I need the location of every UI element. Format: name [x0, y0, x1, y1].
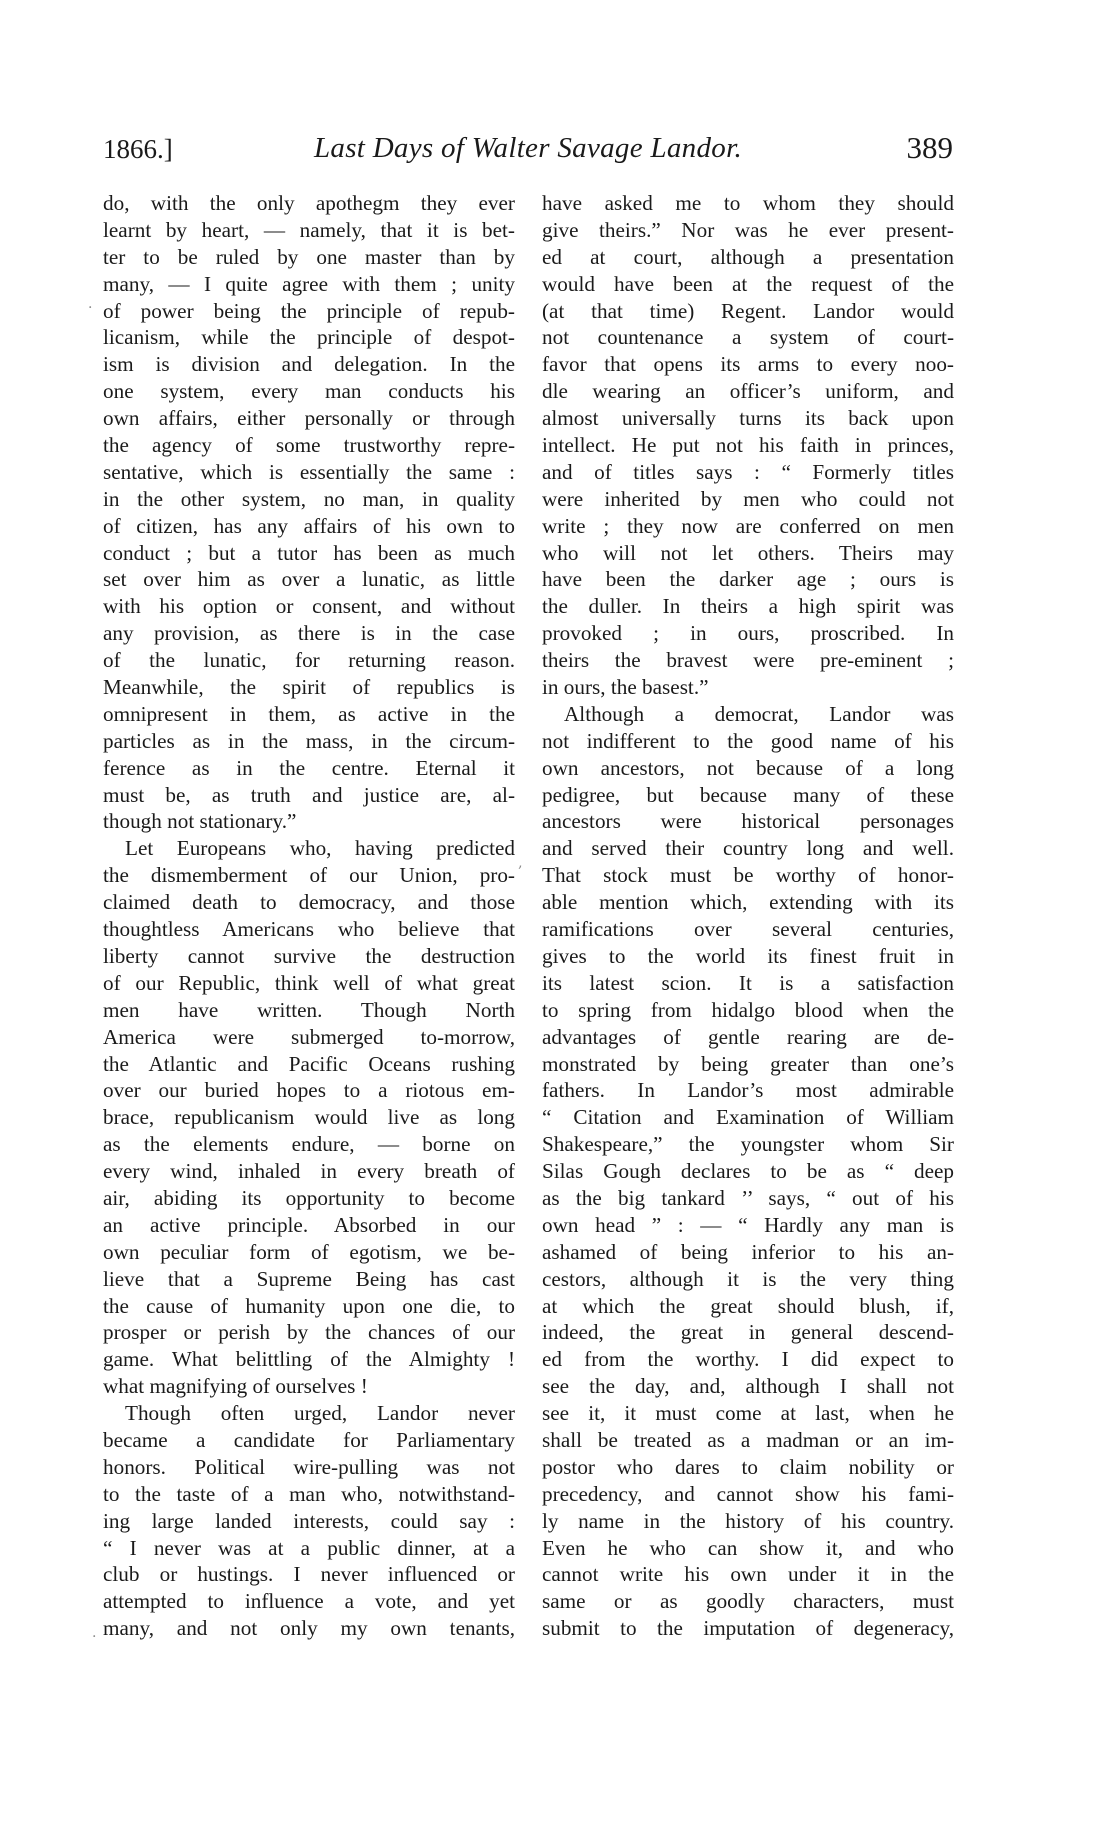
text-line: many, and not only my own tenants,: [103, 1615, 515, 1642]
text-line: see the day, and, although I shall not: [542, 1373, 954, 1400]
text-line: as the elements endure, — borne on: [103, 1131, 515, 1158]
text-line: do, with the only apothegm they ever: [103, 190, 515, 217]
page-number: 389: [907, 130, 954, 166]
text-line: give theirs.” Nor was he ever present-: [542, 217, 954, 244]
text-line: America were submerged to-morrow,: [103, 1024, 515, 1051]
running-head: 1866.] Last Days of Walter Savage Landor…: [103, 130, 953, 170]
text-line: claimed death to democracy, and those: [103, 889, 515, 916]
text-line: able mention which, extending with its: [542, 889, 954, 916]
text-line: ly name in the history of his country.: [542, 1508, 954, 1535]
text-line: Although a democrat, Landor was: [542, 701, 954, 728]
text-line: omnipresent in them, as active in the: [103, 701, 515, 728]
text-line: see it, it must come at last, when he: [542, 1400, 954, 1427]
text-line: ed from the worthy. I did expect to: [542, 1346, 954, 1373]
text-line: cannot write his own under it in the: [542, 1561, 954, 1588]
text-line: thoughtless Americans who believe that: [103, 916, 515, 943]
text-line: to spring from hidalgo blood when the: [542, 997, 954, 1024]
text-line: That stock must be worthy of honor-: [542, 862, 954, 889]
text-line: the cause of humanity upon one die, to: [103, 1293, 515, 1320]
text-line: as the big tankard ’’ says, “ out of his: [542, 1185, 954, 1212]
text-line: provoked ; in ours, proscribed. In: [542, 620, 954, 647]
text-line: what magnifying of ourselves !: [103, 1373, 515, 1400]
book-page: 1866.] Last Days of Walter Savage Landor…: [0, 0, 1120, 1837]
text-line: shall be treated as a madman or an im-: [542, 1427, 954, 1454]
text-line: in the other system, no man, in quality: [103, 486, 515, 513]
text-line: would have been at the request of the: [542, 271, 954, 298]
text-line: Though often urged, Landor never: [103, 1400, 515, 1427]
text-line: ing large landed interests, could say :: [103, 1508, 515, 1535]
text-line: attempted to influence a vote, and yet: [103, 1588, 515, 1615]
text-line: though not stationary.”: [103, 808, 515, 835]
text-line: prosper or perish by the chances of our: [103, 1319, 515, 1346]
text-line: not indifferent to the good name of his: [542, 728, 954, 755]
text-line: ed at court, although a presentation: [542, 244, 954, 271]
right-text-column: have asked me to whom they shouldgive th…: [542, 190, 954, 1642]
text-line: licanism, while the principle of despot-: [103, 324, 515, 351]
running-head-title: Last Days of Walter Savage Landor.: [103, 132, 953, 165]
text-line: ference as in the centre. Eternal it: [103, 755, 515, 782]
margin-speck: ·: [88, 300, 92, 316]
text-line: of power being the principle of repub-: [103, 298, 515, 325]
text-line: cestors, although it is the very thing: [542, 1266, 954, 1293]
text-line: not countenance a system of court-: [542, 324, 954, 351]
margin-speck: ‚: [518, 855, 522, 871]
text-line: club or hustings. I never influenced or: [103, 1561, 515, 1588]
text-line: ter to be ruled by one master than by: [103, 244, 515, 271]
text-line: ancestors were historical personages: [542, 808, 954, 835]
text-line: became a candidate for Parliamentary: [103, 1427, 515, 1454]
text-line: Let Europeans who, having predicted: [103, 835, 515, 862]
text-line: ramifications over several centuries,: [542, 916, 954, 943]
text-line: and served their country long and well.: [542, 835, 954, 862]
text-line: brace, republicanism would live as long: [103, 1104, 515, 1131]
text-line: many, — I quite agree with them ; unity: [103, 271, 515, 298]
text-line: the Atlantic and Pacific Oceans rushing: [103, 1051, 515, 1078]
text-line: same or as goodly characters, must: [542, 1588, 954, 1615]
text-line: of our Republic, think well of what grea…: [103, 970, 515, 997]
left-text-column: do, with the only apothegm they everlear…: [103, 190, 515, 1642]
text-line: the dismemberment of our Union, pro-: [103, 862, 515, 889]
text-line: game. What belittling of the Almighty !: [103, 1346, 515, 1373]
text-line: at which the great should blush, if,: [542, 1293, 954, 1320]
text-line: “ Citation and Examination of William: [542, 1104, 954, 1131]
text-line: the duller. In theirs a high spirit was: [542, 593, 954, 620]
text-line: men have written. Though North: [103, 997, 515, 1024]
text-line: own ancestors, not because of a long: [542, 755, 954, 782]
text-line: over our buried hopes to a riotous em-: [103, 1077, 515, 1104]
text-line: monstrated by being greater than one’s: [542, 1051, 954, 1078]
text-line: theirs the bravest were pre-eminent ;: [542, 647, 954, 674]
text-line: every wind, inhaled in every breath of: [103, 1158, 515, 1185]
text-line: own head ” : — “ Hardly any man is: [542, 1212, 954, 1239]
text-line: Meanwhile, the spirit of republics is: [103, 674, 515, 701]
text-line: own affairs, either personally or throug…: [103, 405, 515, 432]
text-line: of the lunatic, for returning reason.: [103, 647, 515, 674]
text-line: any provision, as there is in the case: [103, 620, 515, 647]
text-line: and of titles says : “ Formerly titles: [542, 459, 954, 486]
text-line: sentative, which is essentially the same…: [103, 459, 515, 486]
text-line: set over him as over a lunatic, as littl…: [103, 566, 515, 593]
text-line: particles as in the mass, in the circum-: [103, 728, 515, 755]
text-line: Even he who can show it, and who: [542, 1535, 954, 1562]
text-line: conduct ; but a tutor has been as much: [103, 540, 515, 567]
text-line: almost universally turns its back upon: [542, 405, 954, 432]
text-line: indeed, the great in general descend-: [542, 1319, 954, 1346]
text-line: gives to the world its finest fruit in: [542, 943, 954, 970]
text-line: of citizen, has any affairs of his own t…: [103, 513, 515, 540]
text-line: the agency of some trustworthy repre-: [103, 432, 515, 459]
text-line: were inherited by men who could not: [542, 486, 954, 513]
text-line: precedency, and cannot show his fami-: [542, 1481, 954, 1508]
text-line: to the taste of a man who, notwithstand-: [103, 1481, 515, 1508]
text-line: have asked me to whom they should: [542, 190, 954, 217]
text-line: learnt by heart, — namely, that it is be…: [103, 217, 515, 244]
text-line: ashamed of being inferior to his an-: [542, 1239, 954, 1266]
text-line: in ours, the basest.”: [542, 674, 954, 701]
text-line: pedigree, but because many of these: [542, 782, 954, 809]
text-line: intellect. He put not his faith in princ…: [542, 432, 954, 459]
text-line: one system, every man conducts his: [103, 378, 515, 405]
text-line: an active principle. Absorbed in our: [103, 1212, 515, 1239]
text-line: who will not let others. Theirs may: [542, 540, 954, 567]
text-line: (at that time) Regent. Landor would: [542, 298, 954, 325]
text-line: own peculiar form of egotism, we be-: [103, 1239, 515, 1266]
text-line: honors. Political wire-pulling was not: [103, 1454, 515, 1481]
text-line: liberty cannot survive the destruction: [103, 943, 515, 970]
text-line: Silas Gough declares to be as “ deep: [542, 1158, 954, 1185]
text-line: favor that opens its arms to every noo-: [542, 351, 954, 378]
text-line: air, abiding its opportunity to become: [103, 1185, 515, 1212]
text-line: with his option or consent, and without: [103, 593, 515, 620]
text-line: advantages of gentle rearing are de-: [542, 1024, 954, 1051]
text-line: ism is division and delegation. In the: [103, 351, 515, 378]
text-line: lieve that a Supreme Being has cast: [103, 1266, 515, 1293]
text-line: have been the darker age ; ours is: [542, 566, 954, 593]
text-line: postor who dares to claim nobility or: [542, 1454, 954, 1481]
text-line: “ I never was at a public dinner, at a: [103, 1535, 515, 1562]
text-line: Shakespeare,” the youngster whom Sir: [542, 1131, 954, 1158]
text-line: its latest scion. It is a satisfaction: [542, 970, 954, 997]
text-line: fathers. In Landor’s most admirable: [542, 1077, 954, 1104]
text-line: must be, as truth and justice are, al-: [103, 782, 515, 809]
text-line: dle wearing an officer’s uniform, and: [542, 378, 954, 405]
text-line: write ; they now are conferred on men: [542, 513, 954, 540]
margin-speck: .: [92, 1625, 96, 1641]
text-line: submit to the imputation of degeneracy,: [542, 1615, 954, 1642]
